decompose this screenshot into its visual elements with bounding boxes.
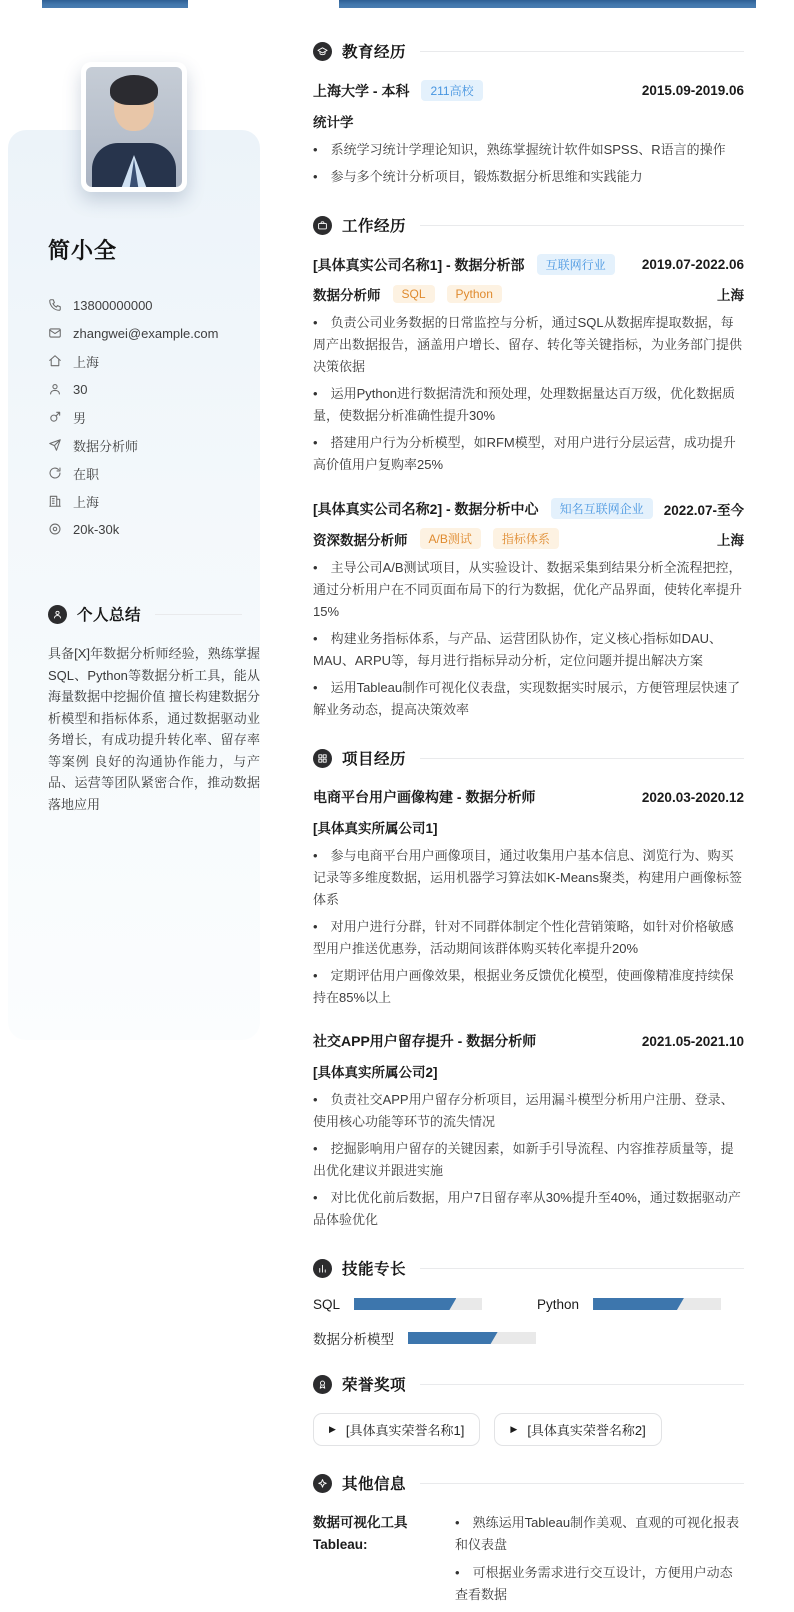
skill-bar <box>593 1298 721 1310</box>
education-bullet: 参与多个统计分析项目，锻炼数据分析思维和实践能力 <box>313 166 744 188</box>
contact-position: 数据分析师 <box>48 431 260 459</box>
work-section-header: 工作经历 <box>313 214 744 236</box>
project-entry: 社交APP用户留存提升 - 数据分析师 2021.05-2021.10 [具体真… <box>313 1031 744 1231</box>
project-entry: 电商平台用户画像构建 - 数据分析师 2020.03-2020.12 [具体真实… <box>313 787 744 1009</box>
work-bullet: 负责公司业务数据的日常监控与分析，通过SQL从数据库提取数据，每周产出数据报告，… <box>313 312 744 378</box>
briefcase-icon <box>313 216 332 235</box>
project-name: 社交APP用户留存提升 - 数据分析师 <box>313 1031 536 1051</box>
section-education: 教育经历 上海大学 - 本科 211高校 2015.09-2019.06 统计学… <box>313 0 744 188</box>
divider <box>420 1268 744 1269</box>
project-company: [具体真实所属公司1] <box>313 817 744 837</box>
project-bullet: 参与电商平台用户画像项目，通过收集用户基本信息、浏览行为、购买记录等多维度数据，… <box>313 845 744 911</box>
skill-bar <box>354 1298 482 1310</box>
projects-title: 项目经历 <box>342 747 406 769</box>
honors-title: 荣誉奖项 <box>342 1373 406 1395</box>
work-bullet: 运用Python进行数据清洗和预处理，处理数据量达百万级，优化数据质量，使数据分… <box>313 383 744 427</box>
school-tag: 211高校 <box>421 80 482 101</box>
contact-phone: 13800000000 <box>48 291 260 319</box>
job-role: 资深数据分析师 <box>313 529 408 549</box>
age-icon <box>48 382 62 396</box>
projects-section-header: 项目经历 <box>313 747 744 769</box>
divider <box>420 758 744 759</box>
grid-icon <box>313 749 332 768</box>
work-date: 2019.07-2022.06 <box>642 257 744 272</box>
skill-item: Python <box>537 1295 721 1313</box>
contact-status: 在职 <box>48 459 260 487</box>
paper-plane-icon <box>48 438 62 452</box>
work-title: 工作经历 <box>342 214 406 236</box>
divider <box>155 614 242 615</box>
skill-name: 数据分析模型 <box>313 1328 394 1348</box>
major-name: 统计学 <box>313 111 744 131</box>
salary-icon <box>48 522 62 536</box>
project-date: 2021.05-2021.10 <box>642 1034 744 1049</box>
education-date: 2015.09-2019.06 <box>642 83 744 98</box>
role-tag: SQL <box>393 285 435 303</box>
project-bullet: 挖掘影响用户留存的关键因素，如新手引导流程、内容推荐质量等，提出优化建议并跟进实… <box>313 1138 744 1182</box>
company-name: [具体真实公司名称2] - 数据分析中心 <box>313 499 539 519</box>
section-projects: 项目经历 电商平台用户画像构建 - 数据分析师 2020.03-2020.12 … <box>313 747 744 1231</box>
skill-bar <box>408 1332 536 1344</box>
bar-chart-icon <box>313 1259 332 1278</box>
summary-text: 具备[X]年数据分析师经验，熟练掌握SQL、Python等数据分析工具，能从海量… <box>48 643 260 815</box>
skill-name: Python <box>537 1297 579 1312</box>
building-icon <box>48 494 62 508</box>
summary-title: 个人总结 <box>77 603 141 625</box>
job-location: 上海 <box>717 284 744 304</box>
sidebar: 简小全 13800000000 zhangwei@example.com 上海 … <box>8 0 260 1412</box>
project-date: 2020.03-2020.12 <box>642 790 744 805</box>
resume-main-column: 教育经历 上海大学 - 本科 211高校 2015.09-2019.06 统计学… <box>313 0 744 1412</box>
phone-icon <box>48 298 62 312</box>
project-bullet: 对用户进行分群，针对不同群体制定个性化营销策略，如针对价格敏感型用户推送优惠券，… <box>313 916 744 960</box>
work-bullet: 构建业务指标体系，与产品、运营团队协作，定义核心指标如DAU、MAU、ARPU等… <box>313 628 744 672</box>
work-bullet: 运用Tableau制作可视化仪表盘，实现数据实时展示，方便管理层快速了解业务动态… <box>313 677 744 721</box>
skill-list: SQL Python 数据分析模型 <box>313 1295 744 1363</box>
contact-salary: 20k-30k <box>48 515 260 543</box>
contact-gender: 男 <box>48 403 260 431</box>
project-bullet: 对比优化前后数据，用户7日留存率从30%提升至40%，通过数据驱动产品体验优化 <box>313 1187 744 1231</box>
project-bullet: 负责社交APP用户留存分析项目，运用漏斗模型分析用户注册、登录、使用核心功能等环… <box>313 1089 744 1133</box>
work-bullet: 搭建用户行为分析模型，如RFM模型，对用户进行分层运营，成功提升高价值用户复购率… <box>313 432 744 476</box>
candidate-name: 简小全 <box>48 234 260 265</box>
medal-icon <box>313 1375 332 1394</box>
education-section-header: 教育经历 <box>313 40 744 62</box>
skills-title: 技能专长 <box>342 1257 406 1279</box>
project-company: [具体真实所属公司2] <box>313 1061 744 1081</box>
skill-item: 数据分析模型 <box>313 1329 536 1347</box>
graduation-cap-icon <box>313 42 332 61</box>
status-icon <box>48 466 62 480</box>
work-entry: [具体真实公司名称2] - 数据分析中心 知名互联网企业 2022.07-至今 … <box>313 498 744 721</box>
divider <box>420 51 744 52</box>
company-tag: 互联网行业 <box>537 254 615 275</box>
work-date: 2022.07-至今 <box>664 499 744 519</box>
user-icon <box>48 605 67 624</box>
job-location: 上海 <box>717 529 744 549</box>
company-tag: 知名互联网企业 <box>551 498 653 519</box>
project-bullet: 定期评估用户画像效果，根据业务反馈优化模型，使画像精准度持续保持在85%以上 <box>313 965 744 1009</box>
home-icon <box>48 354 62 368</box>
project-name: 电商平台用户画像构建 - 数据分析师 <box>313 787 535 807</box>
section-skills: 技能专长 SQL Python 数据分析模型 <box>313 1257 744 1363</box>
contact-list: 13800000000 zhangwei@example.com 上海 30 男… <box>48 291 260 543</box>
skill-name: SQL <box>313 1297 340 1312</box>
education-entry: 上海大学 - 本科 211高校 2015.09-2019.06 统计学 系统学习… <box>313 80 744 188</box>
divider <box>420 225 744 226</box>
honors-section-header: 荣誉奖项 <box>313 1373 744 1395</box>
profile-photo <box>81 62 187 192</box>
role-tag: A/B测试 <box>420 528 481 549</box>
company-name: [具体真实公司名称1] - 数据分析部 <box>313 255 525 275</box>
skills-section-header: 技能专长 <box>313 1257 744 1279</box>
divider <box>420 1384 744 1385</box>
contact-email: zhangwei@example.com <box>48 319 260 347</box>
job-role: 数据分析师 <box>313 284 381 304</box>
mail-icon <box>48 326 62 340</box>
role-tag: 指标体系 <box>493 528 559 549</box>
school-name: 上海大学 - 本科 <box>313 81 409 101</box>
summary-section-header: 个人总结 <box>48 603 242 625</box>
section-work: 工作经历 [具体真实公司名称1] - 数据分析部 互联网行业 2019.07-2… <box>313 214 744 721</box>
contact-age: 30 <box>48 375 260 403</box>
work-entry: [具体真实公司名称1] - 数据分析部 互联网行业 2019.07-2022.0… <box>313 254 744 476</box>
skill-item: SQL <box>313 1295 537 1313</box>
portrait-image <box>86 67 182 187</box>
role-tag: Python <box>447 285 502 303</box>
contact-city: 上海 <box>48 347 260 375</box>
section-honors: 荣誉奖项 ▶ [具体真实荣誉名称1] ▶ [具体真实荣誉名称2] <box>313 1373 744 1412</box>
work-bullet: 主导公司A/B测试项目，从实验设计、数据采集到结果分析全流程把控，通过分析用户在… <box>313 557 744 623</box>
education-title: 教育经历 <box>342 40 406 62</box>
education-bullet: 系统学习统计学理论知识，熟练掌握统计软件如SPSS、R语言的操作 <box>313 139 744 161</box>
gender-icon <box>48 410 62 424</box>
contact-company-city: 上海 <box>48 487 260 515</box>
